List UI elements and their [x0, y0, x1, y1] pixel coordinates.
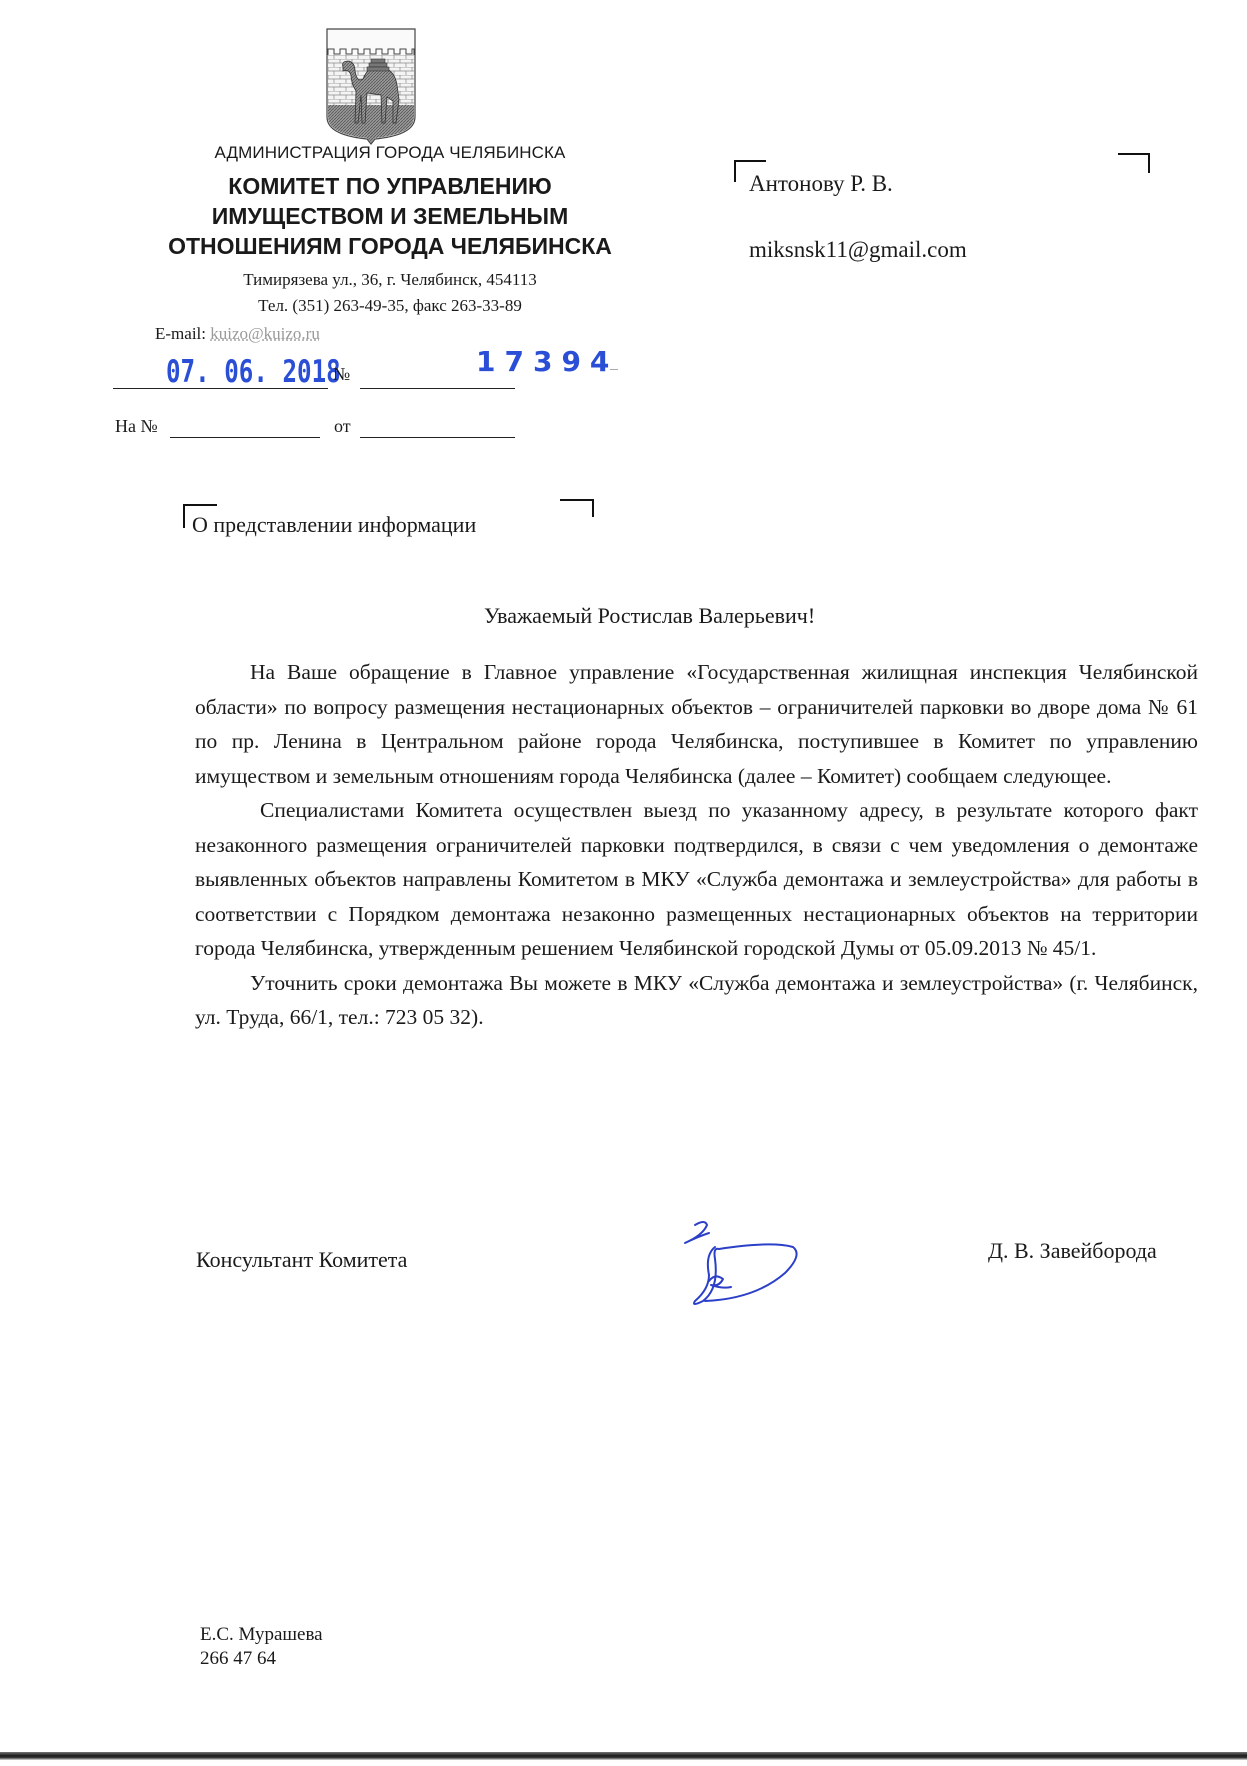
reference-number-label: На №: [115, 416, 158, 437]
number-underline: [360, 388, 515, 389]
number-label: №: [333, 364, 350, 385]
recipient-bracket-right: [1118, 153, 1150, 173]
committee-email-link[interactable]: kuizo@kuizo.ru: [210, 324, 320, 343]
executor-name: Е.С. Мурашева: [200, 1624, 323, 1646]
administration-name: АДМИНИСТРАЦИЯ ГОРОДА ЧЕЛЯБИНСКА: [120, 143, 660, 163]
reference-from-underline: [360, 437, 515, 438]
signer-name: Д. В. Завейборода: [988, 1238, 1157, 1264]
subject-bracket-right: [560, 499, 594, 517]
recipient-email[interactable]: miksnsk11@gmail.com: [749, 237, 967, 263]
reference-number-underline: [170, 437, 320, 438]
coat-of-arms-icon: [325, 27, 417, 145]
committee-email-row: E-mail: kuizo@kuizo.ru: [155, 324, 320, 344]
number-stamp: 17394: [476, 345, 618, 378]
reference-from-label: от: [334, 416, 351, 437]
signer-position: Консультант Комитета: [196, 1247, 407, 1273]
scan-page-edge: [0, 1752, 1247, 1760]
committee-name-line-1: КОМИТЕТ ПО УПРАВЛЕНИЮ: [120, 171, 660, 201]
date-stamp: 07. 06. 2018: [166, 354, 341, 390]
committee-name-line-2: ИМУЩЕСТВОМ И ЗЕМЕЛЬНЫМ: [120, 201, 660, 231]
body-paragraph-2: Специалистами Комитета осуществлен выезд…: [195, 793, 1198, 966]
executor-phone: 266 47 64: [200, 1648, 276, 1670]
subject-line: О представлении информации: [192, 512, 476, 538]
letter-body: На Ваше обращение в Главное управление «…: [195, 655, 1198, 1035]
committee-address: Тимирязева ул., 36, г. Челябинск, 454113: [120, 270, 660, 290]
committee-phone: Тел. (351) 263-49-35, факс 263-33-89: [120, 296, 660, 316]
body-paragraph-3: Уточнить сроки демонтажа Вы можете в МКУ…: [195, 966, 1198, 1035]
body-paragraph-1: На Ваше обращение в Главное управление «…: [195, 655, 1198, 793]
email-label: E-mail:: [155, 324, 206, 343]
recipient-name: Антонову Р. В.: [749, 171, 893, 197]
handwritten-signature-icon: [675, 1215, 815, 1315]
committee-name-line-3: ОТНОШЕНИЯМ ГОРОДА ЧЕЛЯБИНСКА: [120, 231, 660, 261]
salutation: Уважаемый Ростислав Валерьевич!: [484, 603, 815, 629]
stamp-dash: [610, 369, 618, 370]
